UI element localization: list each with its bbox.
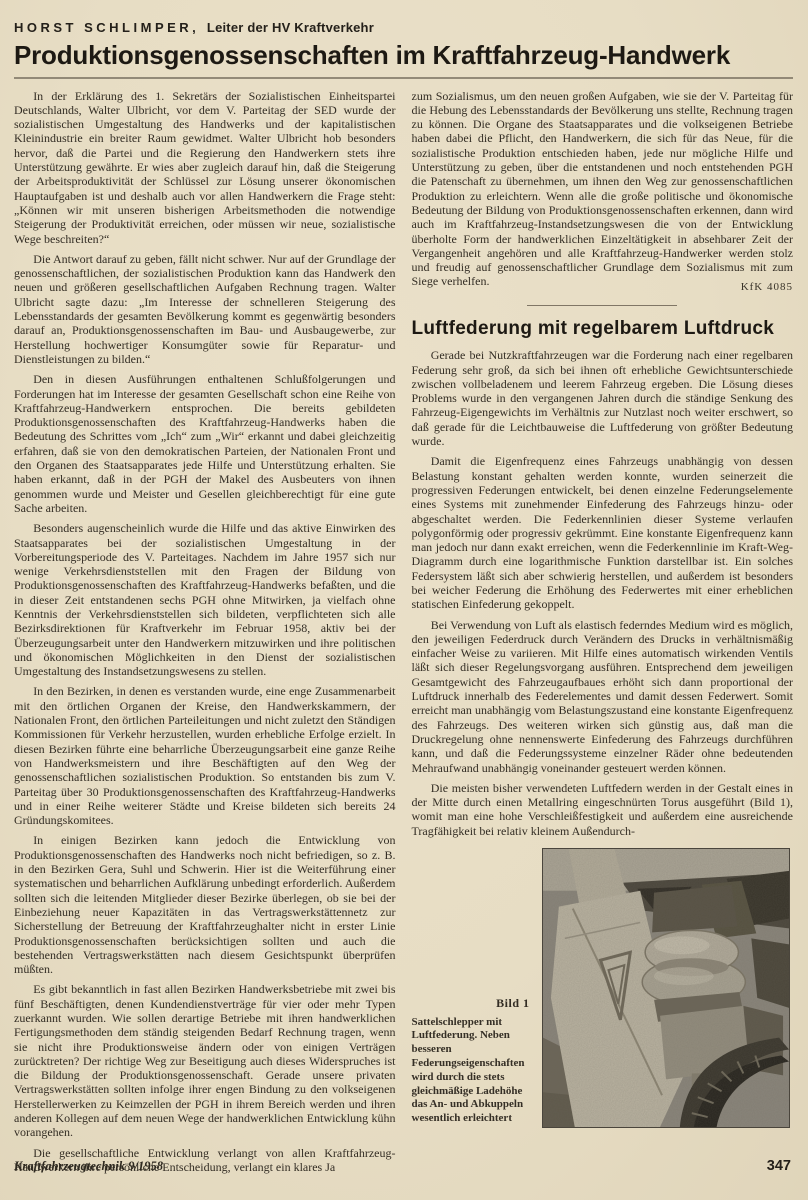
- figure-caption-column: Bild 1 Sattelschlepper mit Luftfederung.…: [412, 996, 530, 1128]
- magazine-page: HORST SCHLIMPER, Leiter der HV Kraftverk…: [0, 0, 808, 1200]
- author-line: HORST SCHLIMPER, Leiter der HV Kraftverk…: [14, 20, 793, 35]
- right-column: zum Sozialismus, um den neuen großen Auf…: [412, 89, 794, 1181]
- paragraph: In einigen Bezirken kann jedoch die Entw…: [14, 833, 396, 976]
- paragraph: Damit die Eigenfrequenz eines Fahrzeugs …: [412, 454, 794, 611]
- figure-caption: Sattelschlepper mit Luftfederung. Neben …: [412, 1016, 530, 1126]
- article2-body: Gerade bei Nutzkraftfahrzeugen war die F…: [412, 348, 794, 838]
- author-role: Leiter der HV Kraftverkehr: [207, 20, 374, 35]
- left-column: In der Erklärung des 1. Sekretärs der So…: [14, 89, 396, 1181]
- figure-label: Bild 1: [412, 996, 530, 1011]
- paragraph: Die Antwort darauf zu geben, fällt nicht…: [14, 252, 396, 366]
- paragraph: Die meisten bisher verwendeten Luftfeder…: [412, 781, 794, 838]
- paragraph: Besonders augenscheinlich wurde die Hilf…: [14, 521, 396, 678]
- figure-1: Bild 1 Sattelschlepper mit Luftfederung.…: [412, 848, 794, 1128]
- title-rule: [14, 77, 793, 79]
- paragraph: Den in diesen Ausführungen enthaltenen S…: [14, 372, 396, 515]
- article2-heading: Luftfederung mit regelbarem Luftdruck: [412, 318, 794, 340]
- truck-air-suspension-photo: [542, 848, 790, 1128]
- page-header: HORST SCHLIMPER, Leiter der HV Kraftverk…: [0, 0, 808, 70]
- footer-page-number: 347: [767, 1158, 791, 1174]
- author-name: HORST SCHLIMPER,: [14, 20, 199, 35]
- article-title: Produktionsgenossenschaften im Kraftfahr…: [14, 41, 793, 70]
- paragraph: Gerade bei Nutzkraftfahrzeugen war die F…: [412, 348, 794, 448]
- paragraph: In der Erklärung des 1. Sekretärs der So…: [14, 89, 396, 246]
- footer-journal-name: Kraftfahrzeugtechnik 9/1958: [14, 1159, 163, 1174]
- paragraph: Es gibt bekanntlich in fast allen Bezirk…: [14, 982, 396, 1139]
- article-divider-rule: [527, 305, 677, 307]
- paragraph: In den Bezirken, in denen es verstanden …: [14, 684, 396, 827]
- article1-continuation-paragraph: zum Sozialismus, um den neuen großen Auf…: [412, 89, 794, 289]
- paragraph: Bei Verwendung von Luft als elastisch fe…: [412, 618, 794, 775]
- two-column-content: In der Erklärung des 1. Sekretärs der So…: [0, 79, 808, 1181]
